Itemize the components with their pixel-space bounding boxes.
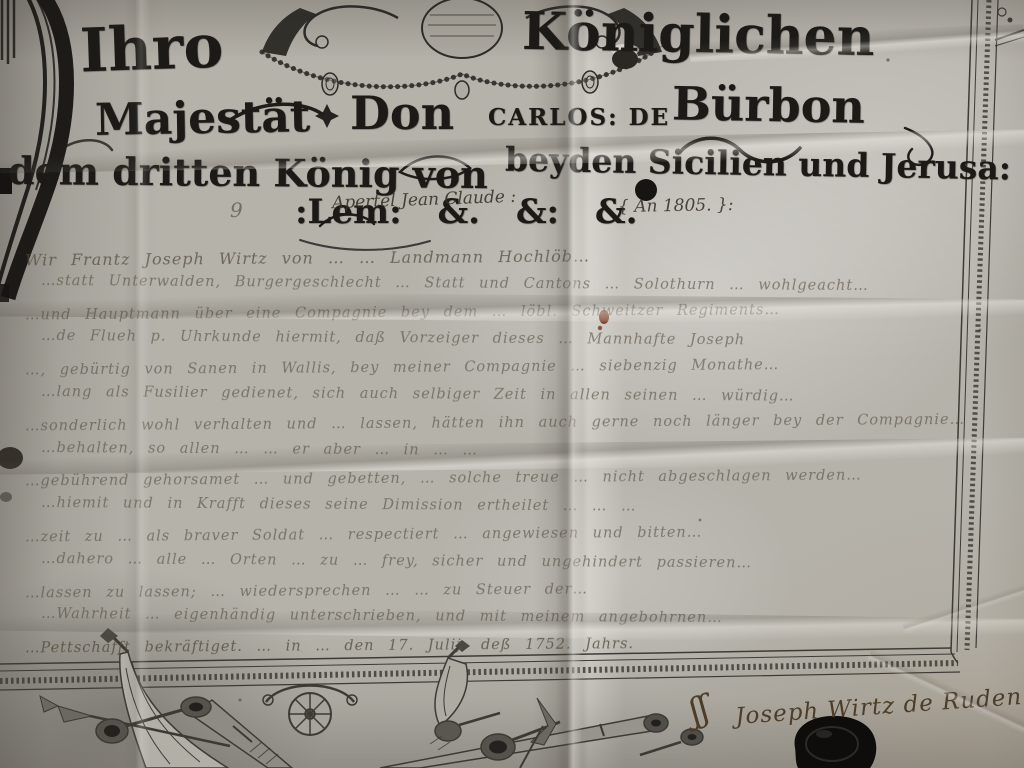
body-line: …Pettschafft bekräftiget. … in … den 17.… (25, 629, 1017, 664)
photographed-document: Ihro Königlichen Majestät Don CARLOS: DE… (0, 0, 1024, 768)
heading-don: Don (350, 86, 454, 140)
heading-koeniglichen: Königlichen (521, 1, 875, 68)
heading-majestaet: Majestät (95, 91, 311, 146)
margin-mark: 9 (230, 198, 243, 222)
heading-ihro: Ihro (79, 12, 225, 87)
heading-bourbon: Bürbon (672, 76, 866, 133)
handwritten-year: { An 1805. }: (618, 195, 734, 217)
heading-line3-right: beyden Sicilien und Jerusa: (505, 140, 1012, 188)
signature-name: Joseph Wirtz de Ruden (734, 684, 1023, 730)
signature-flourish: ʃʃ (684, 688, 714, 732)
heading-carlos: CARLOS: DE (488, 104, 670, 131)
body-text: Wir Frantz Joseph Wirtz von … … Landmann… (15, 243, 1017, 660)
